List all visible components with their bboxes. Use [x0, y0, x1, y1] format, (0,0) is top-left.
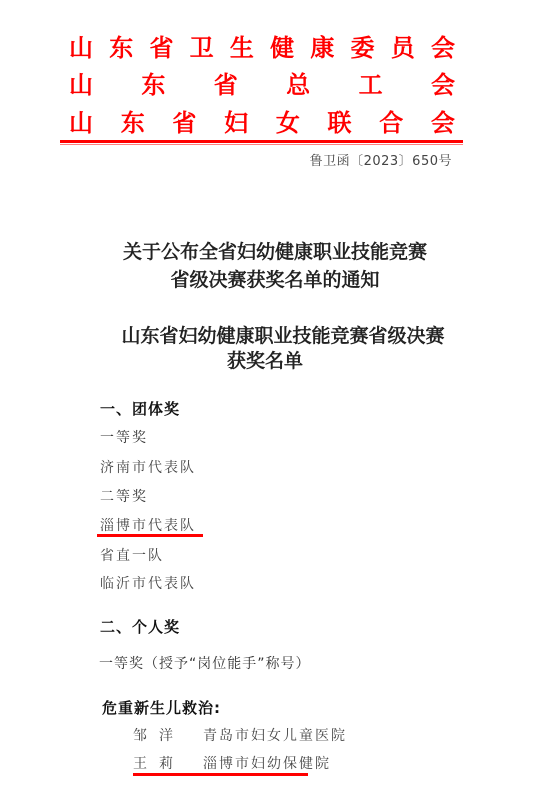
winner-name: 邹洋 [133, 725, 203, 745]
header-char: 妇 [223, 110, 249, 136]
header-char: 山 [68, 35, 94, 61]
header-char: 山 [68, 72, 94, 98]
individual-winner-highlighted: 王莉淄博市妇幼保健院 [133, 753, 331, 773]
notice-title-line-1: 关于公布全省妇幼健康职业技能竞赛 [0, 237, 550, 264]
team-winner-highlighted: 淄博市代表队 [100, 515, 196, 535]
team-winner: 临沂市代表队 [100, 573, 196, 593]
document-number: 鲁卫函〔2023〕650号 [310, 150, 452, 169]
individual-winner: 邹洋青岛市妇女儿童医院 [133, 725, 347, 745]
highlight-underline [97, 534, 203, 537]
header-char: 会 [430, 110, 456, 136]
header-char: 员 [390, 35, 416, 61]
header-org-womens-federation: 山 东 省 妇 女 联 合 会 [68, 110, 456, 136]
team-winner: 济南市代表队 [100, 457, 196, 477]
header-char: 省 [213, 72, 239, 98]
header-char: 委 [350, 35, 376, 61]
header-char: 合 [378, 110, 404, 136]
header-char: 东 [108, 35, 134, 61]
header-char: 联 [327, 110, 353, 136]
header-char: 东 [120, 110, 146, 136]
team-awards-heading: 一、团体奖 [100, 398, 180, 419]
header-char: 生 [229, 35, 255, 61]
header-char: 会 [430, 72, 456, 98]
header-char: 卫 [189, 35, 215, 61]
team-winner: 省直一队 [100, 545, 164, 565]
individual-first-prize-label: 一等奖（授予“岗位能手”称号） [99, 653, 311, 673]
winner-name: 王莉 [133, 753, 203, 773]
list-title-line-2: 获奖名单 [0, 346, 540, 373]
winner-org: 青岛市妇女儿童医院 [203, 728, 347, 744]
header-char: 康 [309, 35, 335, 61]
header-org-federation-of-trade-unions: 山 东 省 总 工 会 [68, 72, 456, 98]
notice-title-line-2: 省级决赛获奖名单的通知 [0, 265, 550, 292]
header-red-rule-thin [60, 144, 463, 145]
header-char: 东 [140, 72, 166, 98]
header-org-health-commission: 山 东 省 卫 生 健 康 委 员 会 [68, 35, 456, 61]
header-char: 女 [275, 110, 301, 136]
team-second-prize-label: 二等奖 [100, 486, 148, 506]
individual-awards-heading: 二、个人奖 [100, 616, 180, 637]
header-char: 总 [285, 72, 311, 98]
header-char: 省 [171, 110, 197, 136]
highlight-underline [133, 773, 308, 776]
category-heading: 危重新生儿救治: [102, 697, 221, 718]
header-char: 工 [358, 72, 384, 98]
header-char: 会 [430, 35, 456, 61]
header-char: 省 [148, 35, 174, 61]
team-first-prize-label: 一等奖 [100, 427, 148, 447]
header-red-rule [60, 140, 463, 143]
list-title-line-1: 山东省妇幼健康职业技能竞赛省级决赛 [8, 321, 550, 348]
header-char: 健 [269, 35, 295, 61]
header-char: 山 [68, 110, 94, 136]
winner-org: 淄博市妇幼保健院 [203, 756, 331, 772]
